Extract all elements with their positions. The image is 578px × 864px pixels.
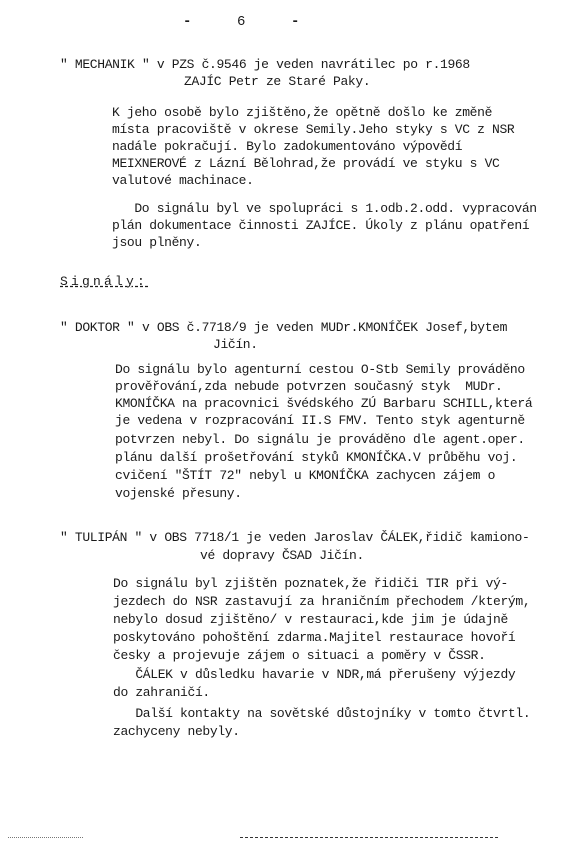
- section-doktor-heading: " DOKTOR " v OBS č.7718/9 je veden MUDr.…: [60, 320, 507, 336]
- text-line: poskytováno pohoštění zdarma.Majitel res…: [113, 630, 515, 646]
- text-line: Do signálu bylo agenturní cestou O-Stb S…: [115, 362, 525, 378]
- text-line: zachyceny nebyly.: [113, 724, 240, 740]
- text-line: místa pracoviště v okrese Semily.Jeho st…: [112, 122, 514, 138]
- text-line: Do signálu byl zjištěn poznatek,že řidič…: [113, 576, 508, 592]
- text-line: potvrzen nebyl. Do signálu je prováděno …: [115, 432, 525, 448]
- text-line: ČÁLEK v důsledku havarie v NDR,má přeruš…: [113, 667, 515, 683]
- page-number-dash-right: -: [291, 14, 299, 30]
- scan-artifact-rule-right: [240, 837, 498, 838]
- page-number-dash-left: -: [183, 14, 191, 30]
- text-line: do zahraničí.: [113, 685, 210, 701]
- text-line: je vedena v rozpracování II.S FMV. Tento…: [115, 413, 525, 429]
- text-line: nebylo dosud zjištěno/ v restauraci,kde …: [113, 612, 508, 628]
- section-tulipan-heading-cont: vé dopravy ČSAD Jičín.: [200, 548, 364, 564]
- text-line: MEIXNEROVÉ z Lázní Bělohrad,že provádí v…: [112, 156, 499, 172]
- section-mechanik-heading: " MECHANIK " v PZS č.9546 je veden navrá…: [60, 57, 470, 73]
- text-line: prověřování,zda nebude potvrzen současný…: [115, 379, 502, 395]
- text-line: cvičení "ŠTÍT 72" nebyl u KMONÍČKA zachy…: [115, 468, 495, 484]
- text-line: Další kontakty na sovětské důstojníky v …: [113, 706, 530, 722]
- text-line: plánu další prošetřování styků KMONÍČKA.…: [115, 450, 517, 466]
- text-line: KMONÍČKA na pracovnici švédského ZÚ Barb…: [115, 396, 532, 412]
- text-line: jezdech do NSR zastavují za hraničním př…: [113, 594, 530, 610]
- text-line: valutové machinace.: [112, 173, 254, 189]
- section-doktor-heading-cont: Jičín.: [213, 337, 258, 353]
- text-line: plán dokumentace činnosti ZAJÍCE. Úkoly …: [112, 218, 529, 234]
- page-number: 6: [237, 14, 245, 30]
- section-mechanik-heading-cont: ZAJÍC Petr ze Staré Paky.: [184, 74, 370, 90]
- text-line: vojenské přesuny.: [115, 486, 242, 502]
- text-line: Do signálu byl ve spolupráci s 1.odb.2.o…: [112, 201, 537, 217]
- signaly-heading: Signály:: [60, 274, 148, 290]
- section-tulipan-heading: " TULIPÁN " v OBS 7718/1 je veden Jarosl…: [60, 530, 529, 546]
- text-line: jsou plněny.: [112, 235, 201, 251]
- text-line: K jeho osobě bylo zjištěno,že opětně doš…: [112, 105, 492, 121]
- scan-artifact-rule-left: [8, 837, 83, 838]
- text-line: česky a projevuje zájem o situaci a pomě…: [113, 648, 486, 664]
- text-line: nadále pokračují. Bylo zadokumentováno v…: [112, 139, 462, 155]
